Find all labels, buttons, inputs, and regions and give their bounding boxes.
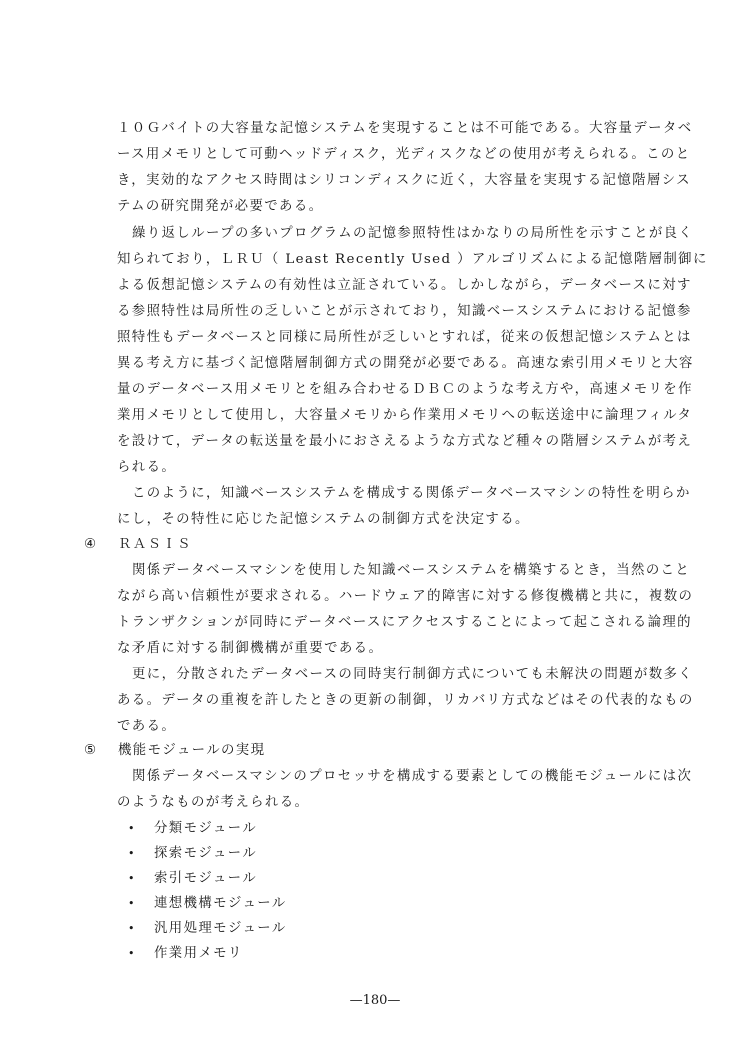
- section-heading-function-modules: ⑤機能モジュールの実現: [84, 743, 265, 759]
- bullet-icon: •: [128, 821, 154, 837]
- document-page: １０Ｇバイトの大容量な記憶システムを実現することは不可能である。大容量データベ …: [0, 0, 750, 1054]
- text-line: る参照特性は局所性の乏しいことが示されており，知識ベースシステムにおける記憶参: [117, 304, 692, 320]
- text-line: 繰り返しループの多いプログラムの記憶参照特性はかなりの局所性を示すことが良く: [132, 226, 693, 242]
- text-line: １０Ｇバイトの大容量な記憶システムを実現することは不可能である。大容量データベ: [117, 121, 693, 137]
- list-item-label: 作業用メモリ: [154, 946, 243, 961]
- text-line: よる仮想記憶システムの有効性は立証されている。しかしながら，データベースに対す: [117, 278, 692, 294]
- list-item-label: 索引モジュール: [154, 871, 257, 886]
- list-item: •連想機構モジュール: [128, 896, 287, 912]
- section-title: ＲＡＳＩＳ: [118, 537, 192, 552]
- text-line: き，実効的なアクセス時間はシリコンディスクに近く，大容量を実現する記憶階層シス: [117, 173, 691, 189]
- text-line: このように，知識ベースシステムを構成する関係データベースマシンの特性を明らか: [132, 486, 691, 502]
- text-line: ース用メモリとして可動ヘッドディスク，光ディスクなどの使用が考えられる。このと: [117, 147, 690, 163]
- bullet-icon: •: [128, 896, 154, 912]
- text-line: 知られており，ＬＲＵ（ Least Recently Used ）アルゴリズムに…: [117, 252, 708, 268]
- text-line: られる。: [117, 460, 176, 476]
- bullet-icon: •: [128, 846, 154, 862]
- text-line: 異る考え方に基づく記憶階層制御方式の開発が必要である。高速な索引用メモリと大容: [117, 356, 694, 372]
- bullet-icon: •: [128, 921, 154, 937]
- list-item: •探索モジュール: [128, 846, 257, 862]
- text-line: テムの研究開発が必要である。: [117, 199, 323, 215]
- text-line: 照特性もデータベースと同様に局所性が乏しいとすれば，従来の仮想記憶システムとは: [117, 330, 692, 346]
- text-line: 量のデータベース用メモリとを組み合わせるＤＢＣのような考え方や，高速メモリを作: [117, 382, 693, 398]
- section-number: ⑤: [84, 743, 118, 759]
- text-line: 関係データベースマシンを使用した知識ベースシステムを構築するとき，当然のこと: [132, 563, 690, 579]
- list-item-label: 分類モジュール: [154, 821, 257, 836]
- text-line: のようなものが考えられる。: [117, 795, 309, 811]
- text-line: 更に，分散されたデータベースの同時実行制御方式についても未解決の問題が数多く: [132, 667, 693, 683]
- bullet-icon: •: [128, 871, 154, 887]
- list-item-label: 連想機構モジュール: [154, 896, 287, 911]
- section-heading-rasis: ④ＲＡＳＩＳ: [84, 537, 192, 553]
- text-line: ながら高い信頼性が要求される。ハードウェア的障害に対する修復機構と共に，複数の: [117, 589, 693, 605]
- section-title: 機能モジュールの実現: [118, 743, 265, 758]
- list-item-label: 探索モジュール: [154, 846, 257, 861]
- section-number: ④: [84, 537, 118, 553]
- text-line: 関係データベースマシンのプロセッサを構成する要素としての機能モジュールには次: [132, 769, 692, 785]
- bullet-icon: •: [128, 946, 154, 962]
- list-item: •分類モジュール: [128, 821, 257, 837]
- text-line: ある。データの重複を許したときの更新の制御，リカバリ方式などはその代表的なもの: [117, 693, 694, 709]
- text-line: である。: [117, 719, 176, 735]
- list-item: •作業用メモリ: [128, 946, 243, 962]
- list-item: •索引モジュール: [128, 871, 257, 887]
- text-line: を設けて，データの転送量を最小におさえるような方式など種々の階層システムが考え: [117, 434, 692, 450]
- list-item: •汎用処理モジュール: [128, 921, 287, 937]
- text-line: トランザクションが同時にデータベースにアクセスすることによって起こされる論理的: [117, 615, 692, 631]
- page-number: —180—: [0, 993, 750, 1008]
- text-line: な矛盾に対する制御機構が重要である。: [117, 641, 383, 657]
- text-line: にし，その特性に応じた記憶システムの制御方式を決定する。: [117, 512, 530, 528]
- text-line: 業用メモリとして使用し，大容量メモリから作業用メモリへの転送途中に論理フィルタ: [117, 408, 692, 424]
- list-item-label: 汎用処理モジュール: [154, 921, 287, 936]
